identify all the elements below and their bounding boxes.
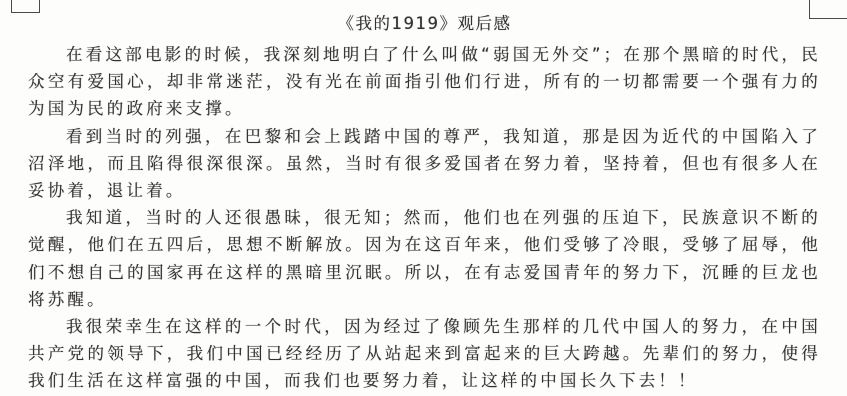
essay-paragraph-1: 在看这部电影的时候，我深刻地明白了什么叫做“弱国无外交”；在那个黑暗的时代，民众… — [28, 41, 821, 123]
essay-body: 《我的1919》观后感 在看这部电影的时候，我深刻地明白了什么叫做“弱国无外交”… — [0, 0, 847, 395]
scanned-essay-page: 《我的1919》观后感 在看这部电影的时候，我深刻地明白了什么叫做“弱国无外交”… — [0, 0, 847, 396]
essay-paragraph-3: 我知道，当时的人还很愚昧，很无知；然而，他们也在列强的压迫下，民族意识不断的觉醒… — [28, 204, 821, 313]
essay-paragraph-2: 看到当时的列强，在巴黎和会上践踏中国的尊严，我知道，那是因为近代的中国陷入了沼泽… — [28, 123, 821, 205]
essay-title: 《我的1919》观后感 — [28, 10, 821, 38]
essay-paragraph-4: 我很荣幸生在这样的一个时代，因为经过了像顾先生那样的几代中国人的努力，在中国共产… — [28, 313, 821, 395]
